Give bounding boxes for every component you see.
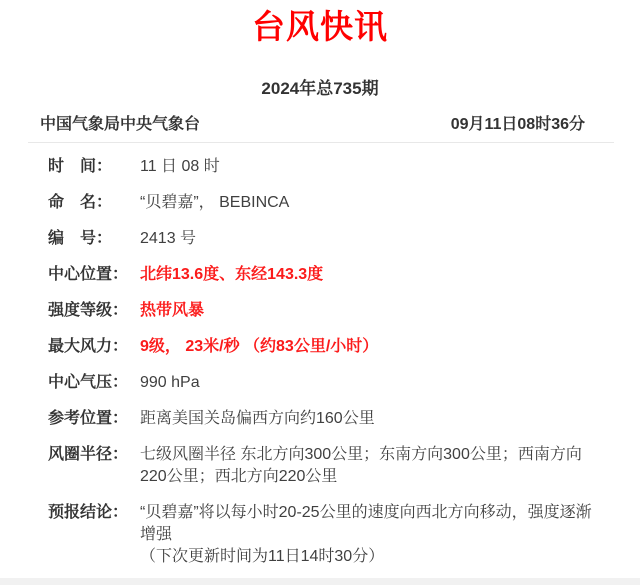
row-reference-position: 参考位置： 距离美国关岛偏西方向约160公里 <box>48 408 610 430</box>
bulletin-body: 时 间： 11 日 08 时 命 名： “贝碧嘉”， BEBINCA 编 号： … <box>48 156 610 568</box>
center-pressure-label: 中心气压： <box>48 372 140 394</box>
name-value: “贝碧嘉”， BEBINCA <box>140 192 602 214</box>
time-value: 11 日 08 时 <box>140 156 602 178</box>
report-datetime: 09月11日08时36分 <box>451 114 585 136</box>
time-label: 时 间： <box>48 156 140 178</box>
intensity-level-label: 强度等级： <box>48 300 140 322</box>
forecast-conclusion-text: “贝碧嘉”将以每小时20-25公里的速度向西北方向移动，强度逐渐增强 <box>140 502 602 546</box>
row-number: 编 号： 2413 号 <box>48 228 610 250</box>
bottom-strip <box>0 578 640 585</box>
center-pressure-value: 990 hPa <box>140 372 602 394</box>
name-label: 命 名： <box>48 192 140 214</box>
issue-number: 2024年总735期 <box>0 77 640 101</box>
typhoon-bulletin: 台风快讯 2024年总735期 中国气象局中央气象台 09月11日08时36分 … <box>0 0 640 585</box>
row-wind-circle-radius: 风圈半径： 七级风圈半径 东北方向300公里；东南方向300公里；西南方向220… <box>48 444 610 488</box>
next-update-note: （下次更新时间为11日14时30分） <box>140 546 602 568</box>
bulletin-meta: 中国气象局中央气象台 09月11日08时36分 <box>40 114 585 136</box>
number-value: 2413 号 <box>140 228 602 250</box>
reference-position-label: 参考位置： <box>48 408 140 430</box>
header-divider <box>28 142 614 143</box>
forecast-conclusion-label: 预报结论： <box>48 502 140 568</box>
row-center-position: 中心位置： 北纬13.6度、东经143.3度 <box>48 264 610 286</box>
max-wind-value: 9级， 23米/秒 （约83公里/小时） <box>140 336 602 358</box>
max-wind-label: 最大风力： <box>48 336 140 358</box>
row-name: 命 名： “贝碧嘉”， BEBINCA <box>48 192 610 214</box>
number-label: 编 号： <box>48 228 140 250</box>
center-position-label: 中心位置： <box>48 264 140 286</box>
wind-circle-radius-value: 七级风圈半径 东北方向300公里；东南方向300公里；西南方向220公里；西北方… <box>140 444 602 488</box>
intensity-level-value: 热带风暴 <box>140 300 602 322</box>
row-intensity-level: 强度等级： 热带风暴 <box>48 300 610 322</box>
row-time: 时 间： 11 日 08 时 <box>48 156 610 178</box>
row-center-pressure: 中心气压： 990 hPa <box>48 372 610 394</box>
forecast-conclusion-value: “贝碧嘉”将以每小时20-25公里的速度向西北方向移动，强度逐渐增强 （下次更新… <box>140 502 602 568</box>
center-position-value: 北纬13.6度、东经143.3度 <box>140 264 602 286</box>
row-max-wind: 最大风力： 9级， 23米/秒 （约83公里/小时） <box>48 336 610 358</box>
agency-name: 中国气象局中央气象台 <box>40 114 200 136</box>
reference-position-value: 距离美国关岛偏西方向约160公里 <box>140 408 602 430</box>
page-title: 台风快讯 <box>0 0 640 44</box>
wind-circle-radius-label: 风圈半径： <box>48 444 140 488</box>
row-forecast-conclusion: 预报结论： “贝碧嘉”将以每小时20-25公里的速度向西北方向移动，强度逐渐增强… <box>48 502 610 568</box>
